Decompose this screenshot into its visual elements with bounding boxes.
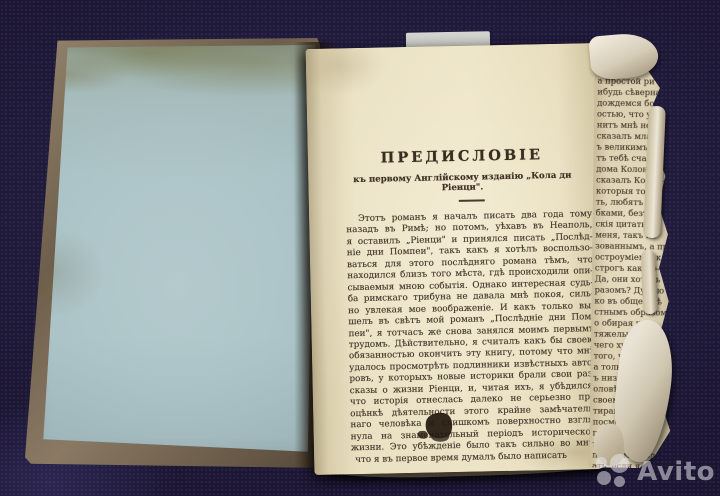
avito-dots-logo-icon xyxy=(594,454,634,489)
preface-body-text: Этотъ романъ я началъ писать два года то… xyxy=(346,209,597,466)
photo-old-open-book: ПРЕДИСЛОВІЕ къ первому Англійскому издан… xyxy=(0,0,720,496)
logo-dot xyxy=(614,476,625,487)
torn-paper-curl-middle-2 xyxy=(641,250,657,314)
preface-page: ПРЕДИСЛОВІЕ къ первому Англійскому издан… xyxy=(306,43,607,475)
avito-watermark: Avito xyxy=(594,454,715,489)
left-cover-board xyxy=(25,38,320,468)
watermark-text: Avito xyxy=(637,459,715,485)
logo-dot xyxy=(596,457,607,468)
divider-rule xyxy=(459,199,485,202)
page-subtitle: къ первому Англійскому изданію „Кола ди … xyxy=(332,170,592,195)
logo-dot xyxy=(610,454,629,473)
page-title: ПРЕДИСЛОВІЕ xyxy=(334,145,590,167)
left-blank-endpaper xyxy=(29,45,315,460)
logo-dot xyxy=(597,471,611,485)
